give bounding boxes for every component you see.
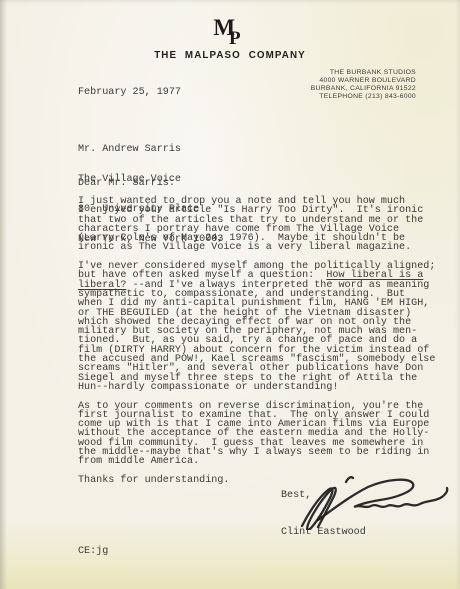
paragraph-1: I just wanted to drop you a note and tel… [78, 197, 435, 253]
signature-accent-tick [346, 477, 353, 482]
monogram-letter-p: P [229, 26, 241, 52]
address-line-city: BURBANK, CALIFORNIA 91522 [311, 85, 416, 93]
salutation: Dear Mr. Sarris: [78, 178, 175, 189]
malpaso-monogram-logo: MP [0, 15, 460, 44]
letterhead-address-block: THE BURBANK STUDIOS 4000 WARNER BOULEVAR… [311, 69, 416, 101]
paragraph-2-text-rest: --and I've always interpreted the word a… [78, 280, 435, 393]
clint-eastwood-signature [294, 476, 450, 530]
signature-initial-strokes [302, 488, 336, 530]
date-line: February 25, 1977 [78, 87, 181, 98]
signature-loop-and-tail [318, 480, 447, 520]
address-line-phone: TELEPHONE (213) 843-6000 [311, 93, 416, 101]
letter-body: I just wanted to drop you a note and tel… [78, 197, 435, 485]
letter-page: MP THE MALPASO COMPANY THE BURBANK STUDI… [0, 0, 460, 589]
paragraph-3: As to your comments on reverse discrimin… [78, 402, 435, 467]
letterhead: MP THE MALPASO COMPANY [0, 15, 460, 61]
reference-initials: CE:jg [78, 546, 108, 557]
address-line-street: 4000 WARNER BOULEVARD [311, 77, 416, 85]
recipient-name: Mr. Andrew Sarris [78, 145, 223, 155]
paragraph-2: I've never considered myself among the p… [78, 262, 435, 392]
address-line-studio: THE BURBANK STUDIOS [311, 69, 416, 77]
